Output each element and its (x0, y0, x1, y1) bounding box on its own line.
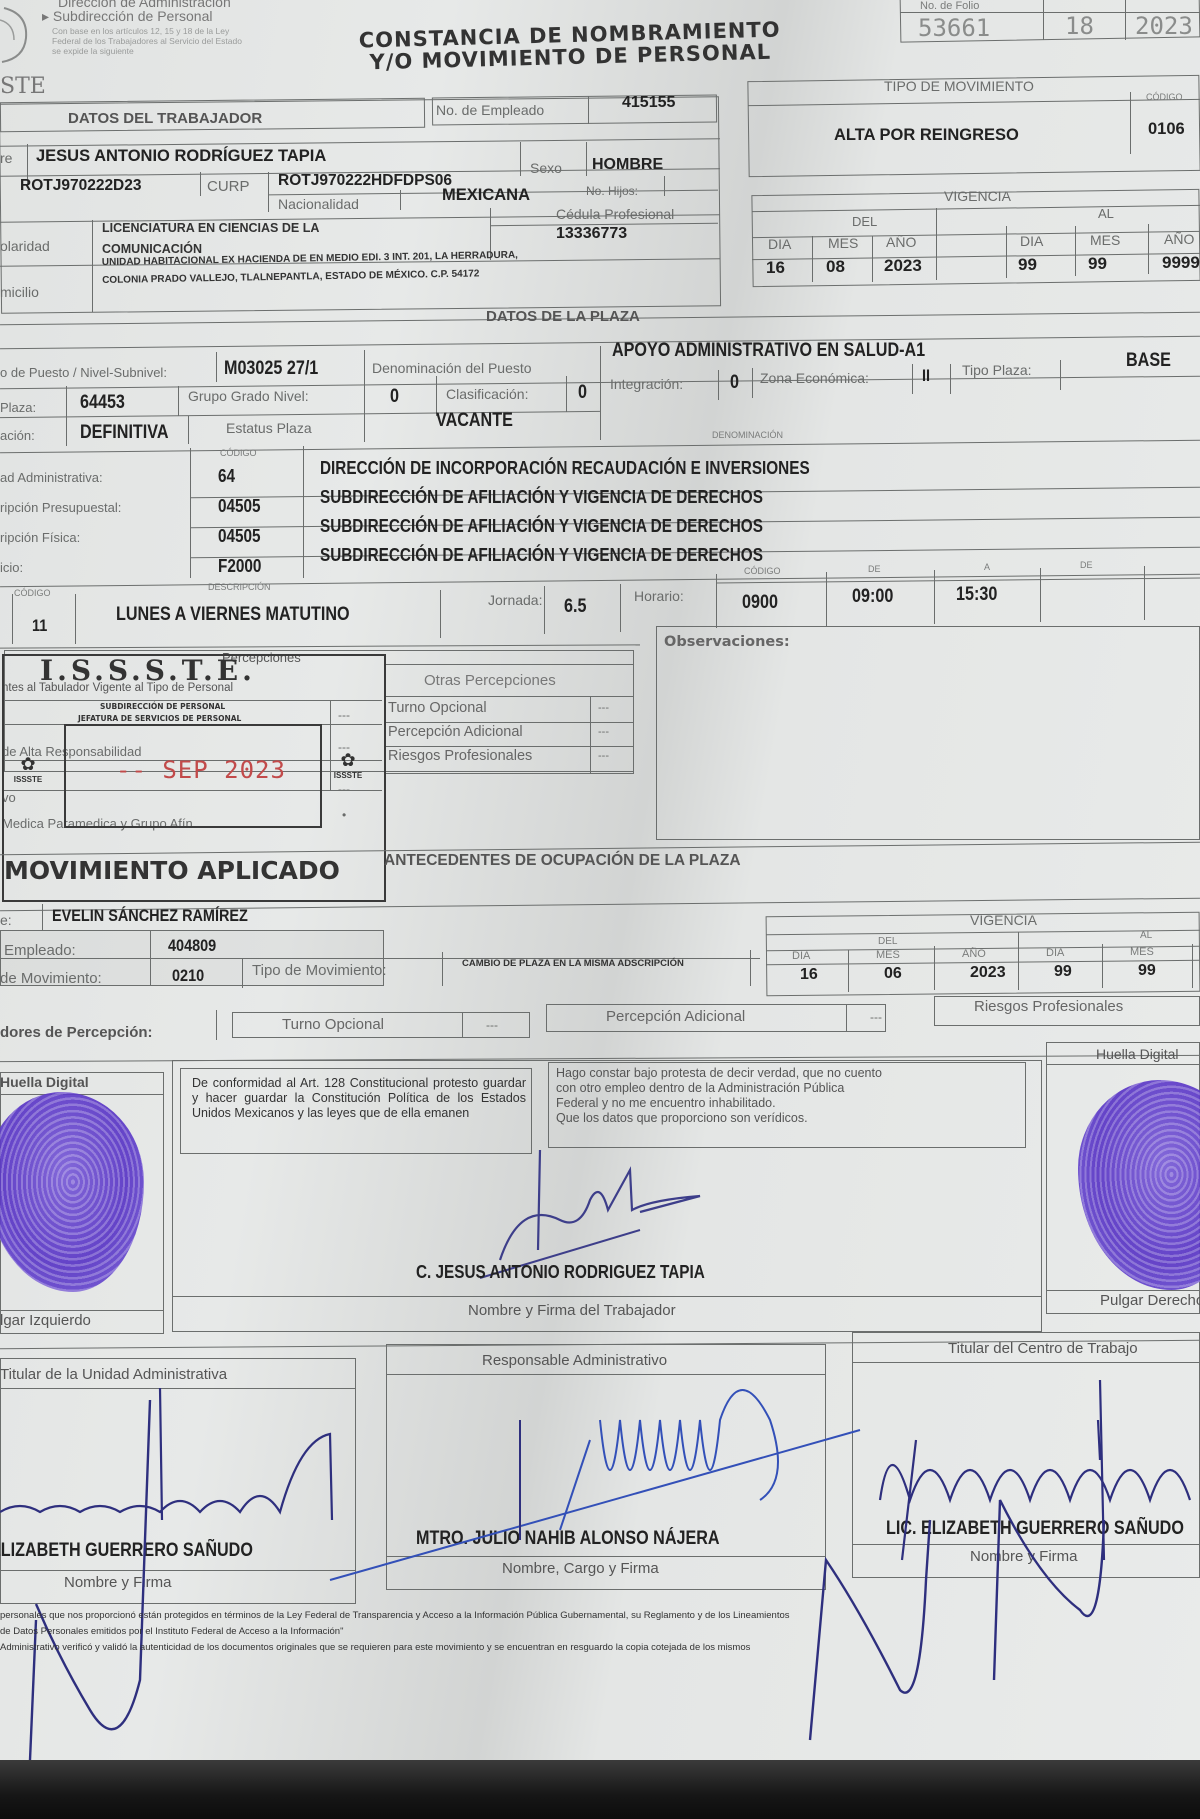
prev-vigencia-col-label: MES (1130, 946, 1154, 958)
vigencia-value: 16 (766, 258, 785, 278)
issste-emblem-icon (0, 0, 40, 70)
nationality-value: MEXICANA (442, 186, 530, 205)
plaza-label: Plaza: (0, 400, 36, 415)
clasificacion-label: Clasificación: (446, 386, 528, 402)
vigencia-value: 99 (1018, 255, 1037, 275)
row-divider (384, 722, 634, 723)
vigencia-col-label: MES (1090, 232, 1120, 248)
left-fingerprint-caption: lgar Izquierdo (0, 1312, 91, 1329)
denominacion-value: APOYO ADMINISTRATIVO EN SALUD-A1 (612, 340, 925, 362)
vigencia-col-label: DIA (1020, 233, 1043, 249)
estatus-value: VACANTE (436, 410, 513, 432)
folio-value: 53661 (918, 14, 990, 42)
worker-signature-icon (480, 1140, 720, 1280)
movement-type: ALTA POR REINGRESO (834, 126, 1019, 145)
prev-from-label: DEL (878, 936, 897, 947)
stamp-line-2: JEFATURA DE SERVICIOS DE PERSONAL (78, 714, 241, 723)
footer-line-3: Administrativo verificó y validó la aute… (0, 1640, 1200, 1656)
jornada-value: 6.5 (564, 596, 586, 618)
vigencia-col-label: AÑO (886, 234, 916, 250)
other-perception-value: --- (598, 750, 609, 762)
grupo-label: Grupo Grado Nivel: (188, 388, 309, 404)
institution-legal-note: Con base en los artículos 12, 15 y 18 de… (52, 26, 252, 56)
movement-type-label: TIPO DE MOVIMIENTO (884, 78, 1034, 94)
other-perceptions-title: Otras Percepciones (424, 672, 556, 689)
statement-line-3: Federal y no me encuentro inhabilitado. (556, 1096, 1020, 1111)
folio-part-3: 2023 (1135, 12, 1193, 40)
vigencia-value: 99 (1088, 254, 1107, 274)
adscription-row-label: ad Administrativa: (0, 470, 103, 485)
prev-vigencia-value: 99 (1054, 963, 1072, 981)
sex-label: Sexo (530, 160, 562, 176)
worker-name: JESUS ANTONIO RODRÍGUEZ TAPIA (36, 147, 326, 166)
stamp-line-1: SUBDIRECCIÓN DE PERSONAL (100, 702, 225, 711)
adscription-row-code: F2000 (218, 556, 261, 577)
prev-vigencia-col-label: AÑO (962, 948, 986, 960)
prev-to-label: AL (1140, 930, 1152, 941)
clasificacion-value: 0 (578, 382, 587, 404)
vigencia-to-label: AL (1098, 206, 1114, 221)
issste-logo-icon: ✿ (6, 754, 50, 775)
stamp-logo-left-text: ISSSTE (6, 775, 50, 784)
statement-line-2: con otro empleo dentro de la Administrac… (556, 1081, 1020, 1096)
name-label: re (0, 150, 12, 166)
horario-label: Horario: (634, 588, 684, 604)
prev-vigencia-value: 2023 (970, 964, 1006, 982)
ocupacion-value: DEFINITIVA (80, 422, 169, 444)
prev-vigencia-col-label: MES (876, 949, 900, 961)
adscription-row-name: SUBDIRECCIÓN DE AFILIACIÓN Y VIGENCIA DE… (320, 516, 763, 537)
ocupacion-label: ación: (0, 428, 35, 443)
vigencia-value: 08 (826, 257, 845, 277)
schedule-desc-header: DESCRIPCIÓN (208, 582, 271, 592)
cedula-value: 13336773 (556, 225, 627, 243)
employee-number-label: No. de Empleado (436, 102, 544, 118)
institution-subdireccion: Subdirección de Personal (53, 8, 213, 24)
indicator-adicional-label: Percepción Adicional (606, 1008, 745, 1025)
horario-from2-header: DE (1080, 560, 1093, 570)
horario-code-header: CÓDIGO (744, 566, 781, 576)
statement-line-1: Hago constar bajo protesta de decir verd… (556, 1066, 1020, 1081)
horario-to-header: A (984, 562, 990, 572)
adscription-row-label: ripción Presupuestal: (0, 500, 121, 515)
vigencia-value: 9999 (1162, 253, 1200, 273)
prev-name: EVELIN SÁNCHEZ RAMÍREZ (52, 906, 248, 926)
zona-value: II (922, 366, 930, 386)
puesto-value: M03025 27/1 (224, 358, 318, 380)
stamp-logo-right-text: ISSSTE (326, 771, 370, 780)
prev-vigencia-label: VIGENCIA (970, 912, 1037, 928)
cedula-label: Cédula Profesional (556, 206, 674, 222)
schooling-label: olaridad (0, 238, 50, 254)
integracion-value: 0 (730, 372, 739, 394)
denominacion-label: Denominación del Puesto (372, 360, 532, 376)
plaza-value: 64453 (80, 392, 125, 414)
observations-box (656, 626, 1200, 840)
prev-vigencia-value: 16 (800, 966, 818, 984)
adscription-row-name: SUBDIRECCIÓN DE AFILIACIÓN Y VIGENCIA DE… (320, 545, 763, 566)
horario-from: 09:00 (852, 586, 893, 608)
vigencia-label: VIGENCIA (944, 188, 1011, 204)
vigencia-value: 2023 (884, 256, 922, 276)
folio-part-2: 18 (1065, 12, 1094, 40)
address-label: micilio (0, 284, 39, 300)
footer-line-1: personales que nos proporcionó están pro… (0, 1608, 1200, 1624)
indicators-label: dores de Percepción: (0, 1024, 153, 1041)
puesto-label: o de Puesto / Nivel-Subnivel: (0, 365, 167, 380)
codigo-header: CÓDIGO (220, 448, 257, 458)
horario-code: 0900 (742, 592, 778, 614)
worker-signature-name: C. JESUS ANTONIO RODRIGUEZ TAPIA (416, 1262, 705, 1283)
prev-vigencia-col-label: DIA (1046, 947, 1064, 959)
indicator-turno-value: --- (486, 1018, 498, 1032)
indicator-turno-label: Turno Opcional (282, 1016, 384, 1033)
denominacion-header: DENOMINACIÓN (712, 430, 783, 440)
children-label: No. Hijos: (586, 184, 638, 198)
prev-employee: 404809 (168, 936, 216, 956)
worker-signature-caption: Nombre y Firma del Trabajador (468, 1302, 676, 1319)
vigencia-col-label: DIA (768, 236, 791, 252)
issste-logo-icon-right: ✿ (326, 750, 370, 771)
tipo-plaza-value: BASE (1126, 350, 1171, 372)
statement-text: Hago constar bajo protesta de decir verd… (556, 1066, 1020, 1126)
observations-label: Observaciones: (664, 634, 790, 650)
handwritten-signatures-icon (0, 1380, 1200, 1760)
movement-applied-stamp: MOVIMIENTO APLICADO (4, 856, 340, 885)
other-perception-value: --- (598, 726, 609, 738)
adscription-row-label: ripción Física: (0, 530, 80, 545)
rfc-value: ROTJ970222D23 (20, 177, 142, 195)
adscription-row-code: 64 (218, 466, 235, 487)
jornada-label: Jornada: (488, 592, 542, 608)
schedule-description: LUNES A VIERNES MATUTINO (116, 604, 350, 626)
other-perception-label: Percepción Adicional (388, 724, 523, 740)
zona-label: Zona Económica: (760, 370, 869, 386)
signature-title: Titular del Centro de Trabajo (948, 1340, 1138, 1357)
folio-label: No. de Folio (920, 0, 979, 12)
right-fingerprint-caption: Pulgar Derecho (1100, 1292, 1200, 1309)
movement-code-label: CÓDIGO (1146, 92, 1183, 102)
indicator-riesgos-label: Riesgos Profesionales (974, 998, 1123, 1015)
estatus-label: Estatus Plaza (226, 420, 312, 436)
worker-section-title: DATOS DEL TRABAJADOR (68, 110, 262, 127)
left-fingerprint-label: Huella Digital (0, 1074, 89, 1090)
other-perception-label: Riesgos Profesionales (388, 748, 532, 764)
adscription-row-name: DIRECCIÓN DE INCORPORACIÓN RECAUDACIÓN E… (320, 458, 810, 479)
antecedentes-title: ANTECEDENTES DE OCUPACIÓN DE LA PLAZA (384, 852, 741, 870)
adscription-row-code: 04505 (218, 526, 261, 547)
other-perception-label: Turno Opcional (388, 700, 487, 716)
employee-number: 415155 (622, 94, 675, 112)
prev-name-label: e: (0, 912, 12, 928)
prev-employee-label: Empleado: (4, 942, 76, 959)
signature-title: Responsable Administrativo (482, 1352, 667, 1369)
horario-to: 15:30 (956, 584, 997, 606)
horario-from-header: DE (868, 564, 881, 574)
address-value: UNIDAD HABITACIONAL EX HACIENDA DE EN ME… (102, 247, 519, 290)
row-divider (386, 1374, 826, 1375)
schedule-code: 11 (32, 616, 47, 636)
plaza-section-title: DATOS DE LA PLAZA (486, 308, 640, 325)
movement-code: 0106 (1148, 120, 1185, 139)
row-divider (852, 1362, 1200, 1363)
curp-label: CURP (207, 178, 250, 195)
stamp-date: -- SEP 2023 (116, 756, 286, 784)
adscription-row-code: 04505 (218, 496, 261, 517)
statement-line-4: Que los datos que proporciono son verídi… (556, 1111, 1020, 1126)
institution-line-2: ▸ Subdirección de Personal (42, 8, 212, 25)
row-divider (384, 746, 634, 747)
curp-value: ROTJ970222HDFDPS06 (278, 172, 452, 190)
vigencia-col-label: MES (828, 235, 858, 251)
adscription-row-name: SUBDIRECCIÓN DE AFILIACIÓN Y VIGENCIA DE… (320, 487, 763, 508)
prev-movement-code-label: de Movimiento: (0, 970, 102, 987)
grupo-value: 0 (390, 386, 399, 408)
stamp-logo-right: ✿ ISSSTE (326, 750, 370, 780)
legal-footer: personales que nos proporcionó están pro… (0, 1608, 1200, 1656)
prev-movement-code: 0210 (172, 966, 204, 986)
stamp-logo-left: ✿ ISSSTE (6, 754, 50, 784)
schedule-code-header: CÓDIGO (14, 588, 51, 598)
prev-vigencia-col-label: DIA (792, 950, 810, 962)
vigencia-from-label: DEL (852, 214, 877, 229)
other-perception-value: --- (598, 702, 609, 714)
schooling-line-1: LICENCIATURA EN CIENCIAS DE LA (102, 218, 319, 239)
vigencia-col-label: AÑO (1164, 231, 1194, 247)
prev-movement-type: CAMBIO DE PLAZA EN LA MISMA ADSCRIPCIÓN (462, 958, 684, 969)
prev-vigencia-value: 06 (884, 965, 902, 983)
indicator-adicional-value: --- (870, 1010, 882, 1024)
adscription-row-label: icio: (0, 560, 23, 575)
footer-line-2: de Datos Personales emitidos por el Inst… (0, 1624, 1200, 1640)
logo-text: STE (0, 74, 46, 99)
right-fingerprint-label: Huella Digital (1096, 1046, 1178, 1062)
sex-value: HOMBRE (592, 156, 663, 174)
oath-text: De conformidad al Art. 128 Constituciona… (192, 1076, 526, 1121)
stamp-org: I.S.S.S.T.E. (40, 654, 256, 687)
integracion-label: Integración: (610, 376, 683, 392)
nationality-label: Nacionalidad (278, 196, 359, 212)
photo-background (0, 1760, 1200, 1819)
prev-movement-type-label: Tipo de Movimiento: (252, 962, 387, 979)
tipo-plaza-label: Tipo Plaza: (962, 362, 1032, 378)
prev-vigencia-value: 99 (1138, 962, 1156, 980)
